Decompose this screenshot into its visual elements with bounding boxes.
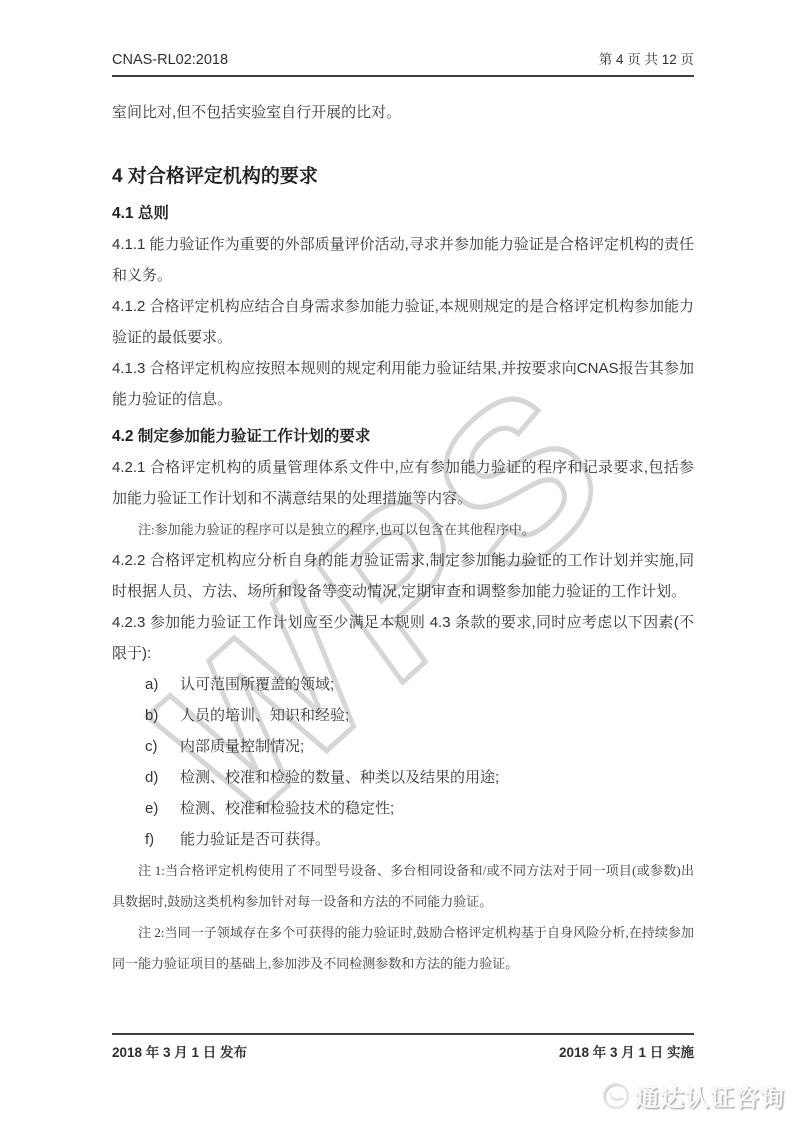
footer-issue-date: 2018 年 3 月 1 日 发布	[112, 1041, 247, 1061]
note-2: 注 2:当同一子领域存在多个可获得的能力验证时,鼓励合格评定机构基于自身风险分析…	[112, 917, 694, 979]
list-item-text: 检测、校准和检验技术的稳定性;	[180, 793, 394, 824]
list-item-text: 内部质量控制情况;	[180, 731, 304, 762]
document-code: CNAS-RL02:2018	[112, 52, 228, 68]
page-footer: 2018 年 3 月 1 日 发布 2018 年 3 月 1 日 实施	[112, 1033, 694, 1061]
list-item-text: 检测、校准和检验的数量、种类以及结果的用途;	[180, 762, 499, 793]
carryover-paragraph: 室间比对,但不包括实验室自行开展的比对。	[112, 97, 694, 128]
section-4-heading: 4 对合格评定机构的要求	[112, 162, 694, 192]
list-marker: a)	[145, 669, 180, 700]
factor-list: a) 认可范围所覆盖的领域; b) 人员的培训、知识和经验; c) 内部质量控制…	[145, 669, 694, 855]
list-item-text: 认可范围所覆盖的领域;	[180, 669, 334, 700]
list-marker: b)	[145, 700, 180, 731]
list-marker: c)	[145, 731, 180, 762]
footer-implement-date: 2018 年 3 月 1 日 实施	[559, 1041, 694, 1061]
paragraph-4-2-1: 4.2.1 合格评定机构的质量管理体系文件中,应有参加能力验证的程序和记录要求,…	[112, 452, 694, 514]
note-4-2-1: 注:参加能力验证的程序可以是独立的程序,也可以包含在其他程序中。	[112, 514, 694, 545]
list-item: b) 人员的培训、知识和经验;	[145, 700, 694, 731]
list-item: e) 检测、校准和检验技术的稳定性;	[145, 793, 694, 824]
page-number-info: 第 4 页 共 12 页	[599, 48, 694, 68]
list-marker: d)	[145, 762, 180, 793]
section-4-2-heading: 4.2 制定参加能力验证工作计划的要求	[112, 421, 694, 452]
paragraph-4-2-2: 4.2.2 合格评定机构应分析自身的能力验证需求,制定参加能力验证的工作计划并实…	[112, 545, 694, 607]
page-content: CNAS-RL02:2018 第 4 页 共 12 页 室间比对,但不包括实验室…	[112, 48, 694, 979]
list-item: c) 内部质量控制情况;	[145, 731, 694, 762]
list-marker: f)	[145, 824, 180, 855]
paragraph-4-1-3: 4.1.3 合格评定机构应按照本规则的规定利用能力验证结果,并按要求向CNAS报…	[112, 353, 694, 415]
brand-name: 通达认证咨询	[635, 1078, 785, 1113]
note-1: 注 1:当合格评定机构使用了不同型号设备、多台相同设备和/或不同方法对于同一项目…	[112, 855, 694, 917]
section-4-1-heading: 4.1 总则	[112, 198, 694, 229]
list-item-text: 能力验证是否可获得。	[180, 824, 330, 855]
list-item: f) 能力验证是否可获得。	[145, 824, 694, 855]
paragraph-4-1-1: 4.1.1 能力验证作为重要的外部质量评价活动,寻求并参加能力验证是合格评定机构…	[112, 229, 694, 291]
paragraph-4-2-3: 4.2.3 参加能力验证工作计划应至少满足本规则 4.3 条款的要求,同时应考虑…	[112, 607, 694, 669]
list-item: a) 认可范围所覆盖的领域;	[145, 669, 694, 700]
list-item-text: 人员的培训、知识和经验;	[180, 700, 349, 731]
paragraph-4-1-2: 4.1.2 合格评定机构应结合自身需求参加能力验证,本规则规定的是合格评定机构参…	[112, 291, 694, 353]
page-header: CNAS-RL02:2018 第 4 页 共 12 页	[112, 48, 694, 77]
bird-circle-icon	[603, 1083, 629, 1109]
list-item: d) 检测、校准和检验的数量、种类以及结果的用途;	[145, 762, 694, 793]
document-page: WPS CNAS-RL02:2018 第 4 页 共 12 页 室间比对,但不包…	[0, 0, 793, 1122]
brand-mark: 通达认证咨询	[603, 1078, 785, 1113]
list-marker: e)	[145, 793, 180, 824]
